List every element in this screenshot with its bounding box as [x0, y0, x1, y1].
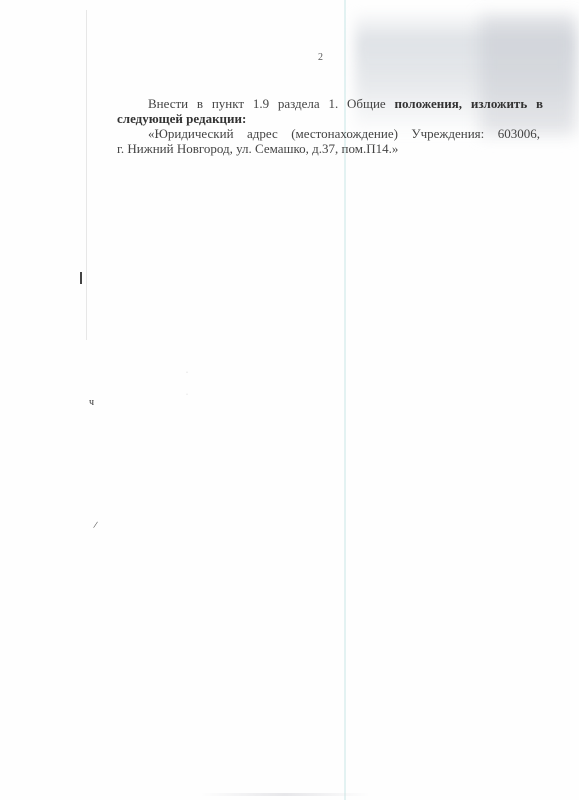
scan-smudge-dark [480, 15, 575, 135]
scan-edge-line [86, 10, 87, 340]
paragraph-1-text: Внести в пункт 1.9 раздела 1. Общие [148, 96, 394, 111]
paragraph-2-line-2: г. Нижний Новгород, ул. Семашко, д.37, п… [117, 141, 398, 157]
paragraph-1-line-2: следующей редакции: [117, 111, 246, 127]
paragraph-1-line-1: Внести в пункт 1.9 раздела 1. Общие поло… [148, 96, 543, 112]
page-number: 2 [318, 52, 323, 63]
legal-address-text: «Юридический адрес (местонахождение) Учр… [148, 126, 540, 142]
paragraph-2-line-1: «Юридический адрес (местонахождение) Учр… [148, 126, 540, 142]
scan-bottom-trace [200, 793, 370, 796]
scanned-page: 2 Внести в пункт 1.9 раздела 1. Общие по… [0, 0, 579, 800]
paragraph-1-bold-text: положения, изложить в [394, 96, 543, 111]
scan-speck: · [186, 370, 188, 376]
margin-mark-slash: / [93, 520, 99, 531]
scan-speck: · [186, 392, 188, 398]
margin-mark-bar [80, 272, 82, 284]
margin-mark-glyph: ч [89, 397, 94, 408]
page-crease [344, 0, 346, 800]
